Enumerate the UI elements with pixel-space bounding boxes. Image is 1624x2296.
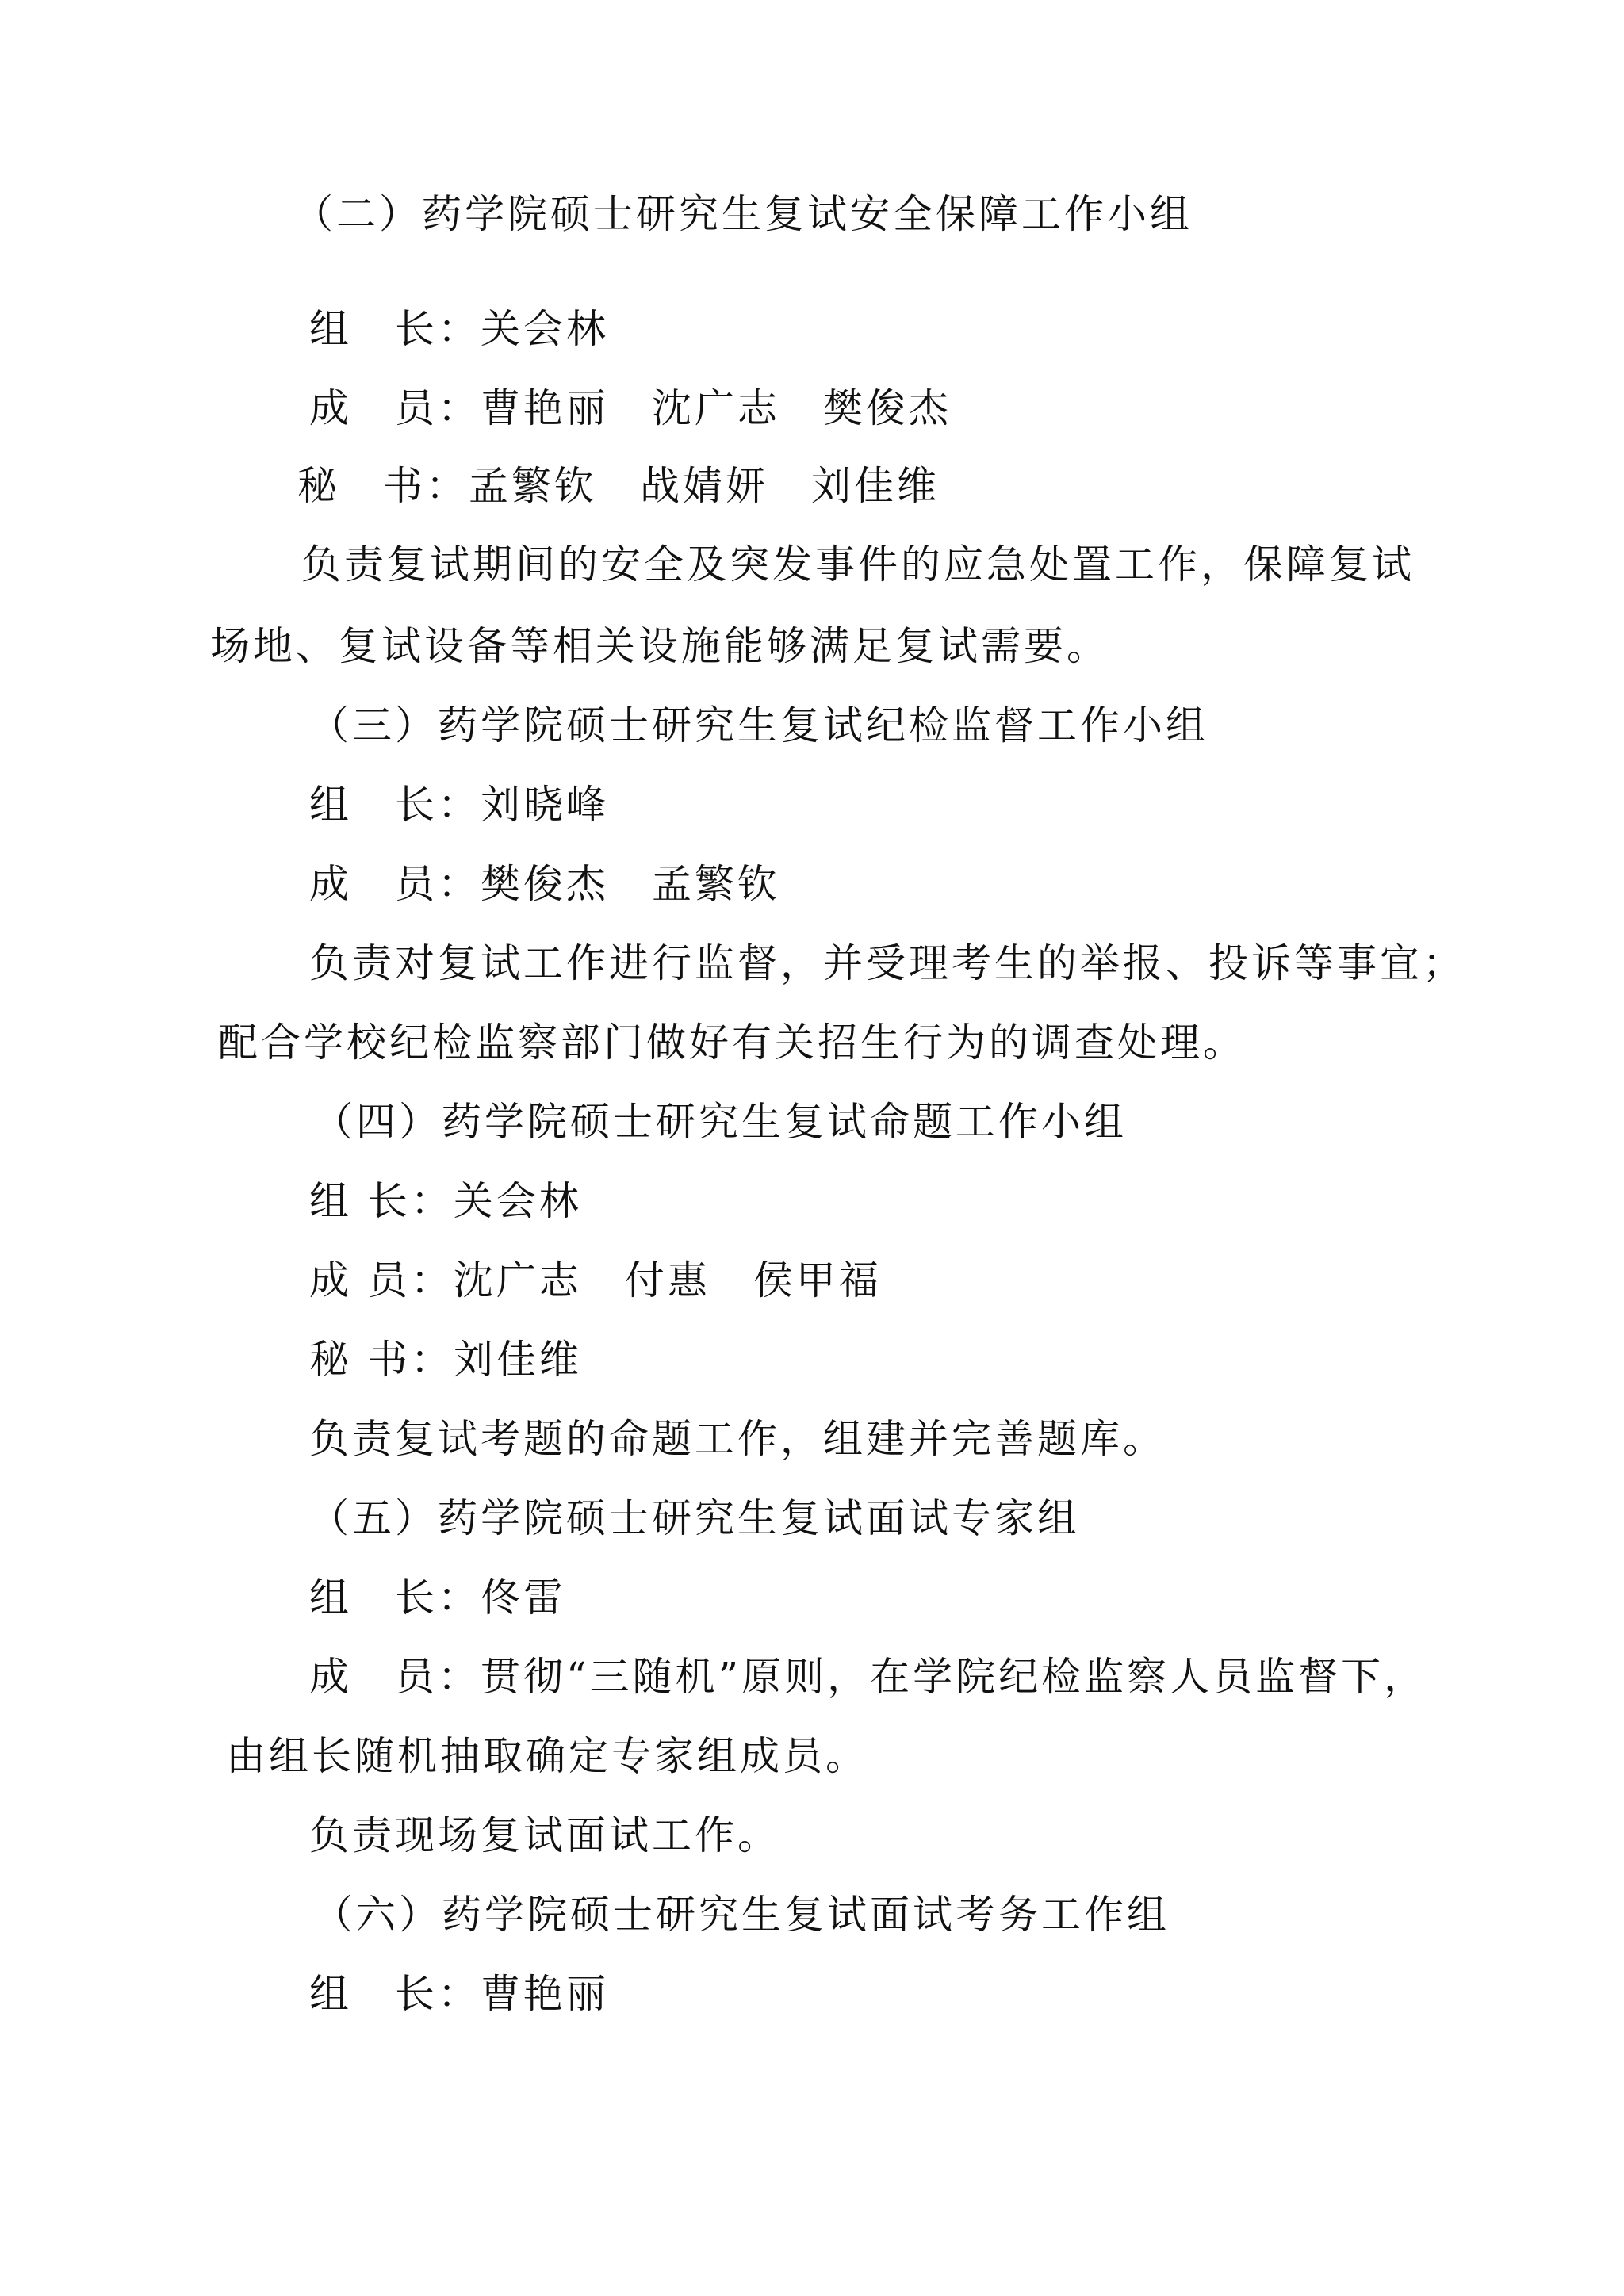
section-heading: （二）药学院硕士研究生复试安全保障工作小组	[293, 190, 1193, 238]
role-line: 秘 书：刘佳维	[309, 1336, 582, 1383]
role-line: 组 长：佟雷	[309, 1574, 566, 1621]
role-line: 组 长：关会林	[309, 305, 609, 353]
body-text-line: 配合学校纪检监察部门做好有关招生行为的调查处理。	[218, 1019, 1246, 1066]
section-heading: （四）药学院硕士研究生复试命题工作小组	[313, 1098, 1127, 1146]
body-text-line: 负责复试期间的安全及突发事件的应急处置工作，保障复试	[301, 541, 1415, 588]
role-line: 组 长：刘晓峰	[309, 781, 609, 828]
body-text-line: 负责对复试工作进行监督，并受理考生的举报、投诉等事宜；	[309, 939, 1465, 987]
body-text-line: 场地、复试设备等相关设施能够满足复试需要。	[210, 622, 1109, 670]
section-heading: （三）药学院硕士研究生复试纪检监督工作小组	[309, 702, 1208, 749]
section-heading: （六）药学院硕士研究生复试面试考务工作组	[313, 1891, 1170, 1938]
role-line: 成 员：沈广志 付惠 侯甲福	[309, 1257, 882, 1304]
body-text-line: 负责现场复试面试工作。	[309, 1812, 780, 1859]
body-text-line: 成 员：贯彻“三随机”原则，在学院纪检监察人员监督下，	[309, 1653, 1427, 1701]
role-line: 成 员：樊俊杰 孟繁钦	[309, 860, 780, 908]
role-line: 组 长：关会林	[309, 1177, 582, 1225]
body-text-line: 由组长随机抽取确定专家组成员。	[226, 1732, 868, 1780]
role-line: 组 长：曹艳丽	[309, 1970, 609, 2018]
section-heading: （五）药学院硕士研究生复试面试专家组	[309, 1494, 1080, 1542]
body-text-line: 负责复试考题的命题工作，组建并完善题库。	[309, 1415, 1166, 1463]
role-line: 成 员：曹艳丽 沈广志 樊俊杰	[309, 385, 952, 432]
role-line: 秘 书：孟繁钦 战婧妍 刘佳维	[297, 462, 940, 510]
